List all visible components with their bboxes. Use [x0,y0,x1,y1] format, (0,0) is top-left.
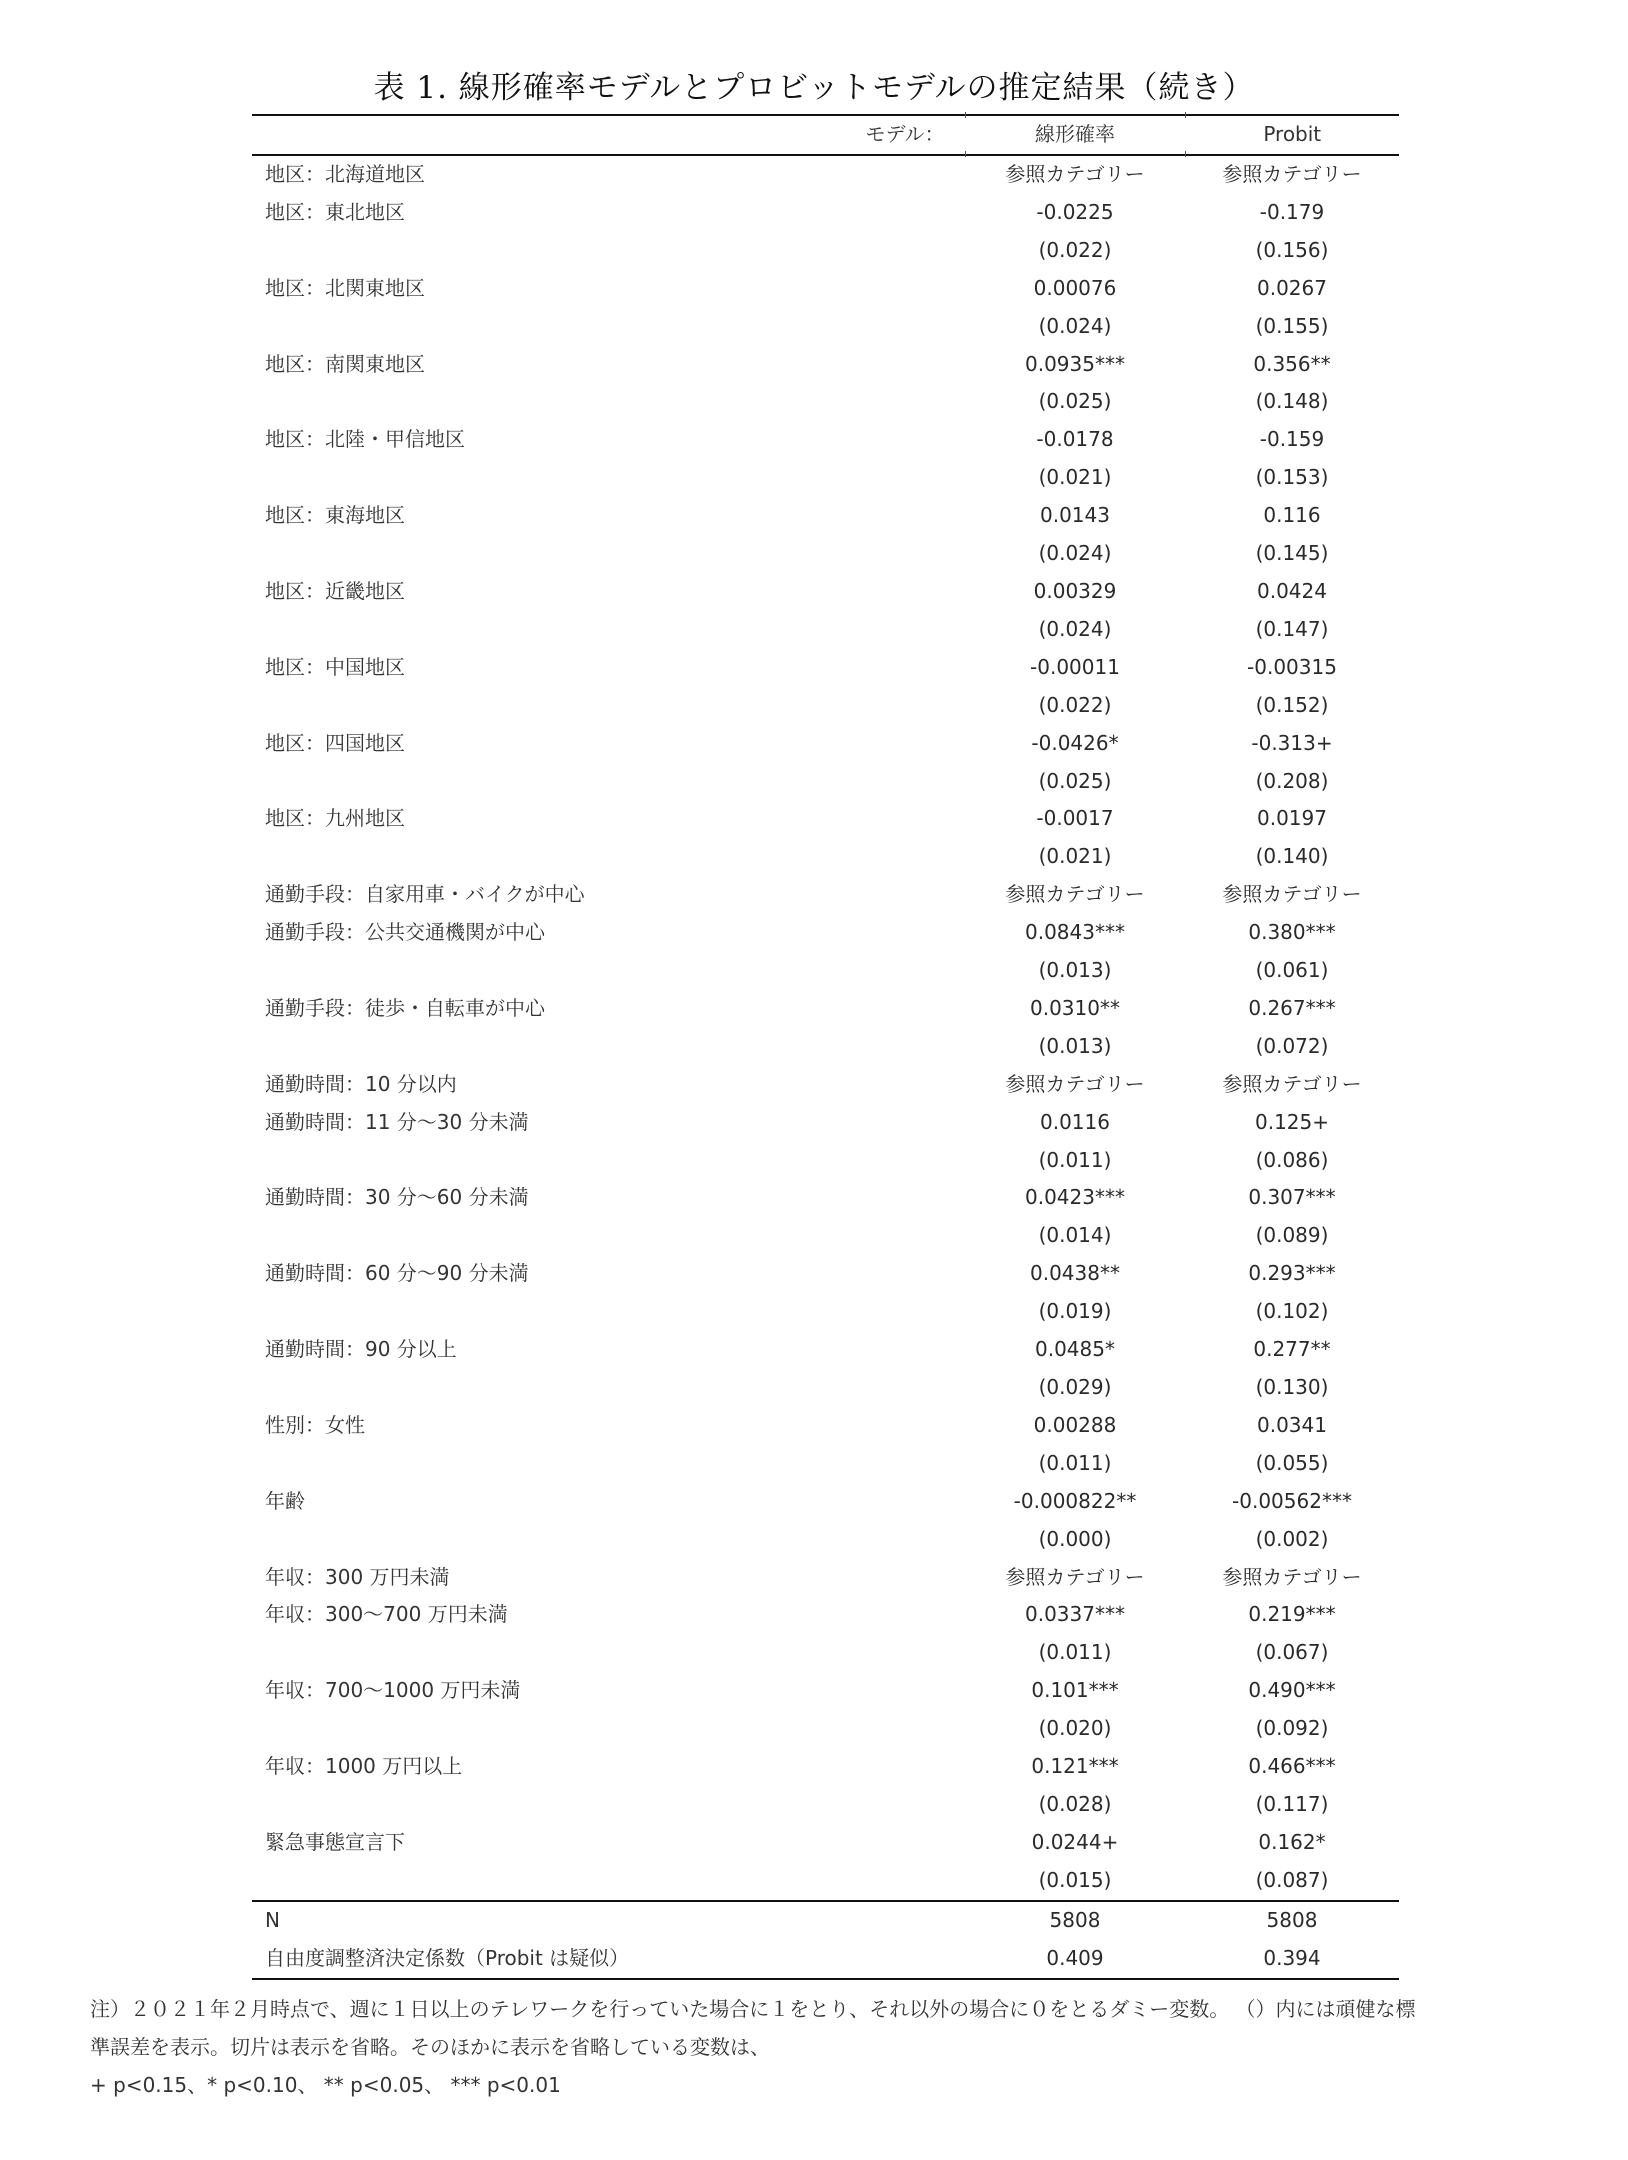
table-header-row: モデル： 線形確率 Probit [252,115,1399,155]
row-label [252,383,965,421]
standard-error-row: (0.013)(0.061) [252,952,1399,990]
standard-error-row: (0.013)(0.072) [252,1028,1399,1066]
row-label: 通勤時間：30 分～60 分未満 [252,1179,965,1217]
probit-value: (0.145) [1185,535,1399,573]
standard-error-row: (0.021)(0.140) [252,838,1399,876]
standard-error-row: (0.014)(0.089) [252,1217,1399,1255]
linear-probability-value: (0.014) [965,1217,1185,1255]
standard-error-row: (0.029)(0.130) [252,1369,1399,1407]
linear-probability-value: (0.025) [965,383,1185,421]
probit-value: 0.267*** [1185,990,1399,1028]
probit-value: (0.147) [1185,611,1399,649]
linear-probability-value: 0.00076 [965,270,1185,308]
row-label: 通勤時間：11 分～30 分未満 [252,1104,965,1142]
statistic-row: 自由度調整済決定係数（Probit は疑似）0.4090.394 [252,1940,1399,1979]
linear-probability-value: (0.024) [965,308,1185,346]
row-label [252,1217,965,1255]
coefficient-row: 通勤時間：30 分～60 分未満0.0423***0.307*** [252,1179,1399,1217]
probit-statistic: 0.394 [1185,1940,1399,1979]
row-label [252,687,965,725]
note-line: 準誤差を表示。切片は表示を省略。そのほかに表示を省略している変数は、 [90,2028,1570,2066]
probit-value: (0.072) [1185,1028,1399,1066]
coefficient-rows: 地区：北海道地区参照カテゴリー参照カテゴリー地区：東北地区-0.0225-0.1… [252,155,1399,1901]
linear-probability-value: (0.011) [965,1142,1185,1180]
row-label [252,1786,965,1824]
probit-value: 参照カテゴリー [1185,155,1399,194]
probit-value: (0.140) [1185,838,1399,876]
row-label: 年収：700～1000 万円未満 [252,1672,965,1710]
row-label [252,838,965,876]
row-label [252,459,965,497]
row-label: 地区：北海道地区 [252,155,965,194]
row-label [252,308,965,346]
linear-probability-value: (0.024) [965,611,1185,649]
coefficient-row: 地区：東海地区0.01430.116 [252,497,1399,535]
standard-error-row: (0.021)(0.153) [252,459,1399,497]
coefficient-row: 地区：東北地区-0.0225-0.179 [252,194,1399,232]
probit-value: (0.002) [1185,1521,1399,1559]
linear-probability-value: -0.0225 [965,194,1185,232]
row-label: 地区：南関東地区 [252,346,965,384]
probit-value: -0.159 [1185,421,1399,459]
linear-probability-value: 0.101*** [965,1672,1185,1710]
row-label [252,763,965,801]
standard-error-row: (0.028)(0.117) [252,1786,1399,1824]
row-label [252,232,965,270]
row-label: 年収：1000 万円以上 [252,1748,965,1786]
row-label [252,1445,965,1483]
linear-probability-value: (0.021) [965,459,1185,497]
coefficient-row: 年収：1000 万円以上0.121***0.466*** [252,1748,1399,1786]
probit-value: 0.162* [1185,1824,1399,1862]
probit-value: (0.102) [1185,1293,1399,1331]
row-label: 地区：東海地区 [252,497,965,535]
significance-legend: + p<0.15、* p<0.10、 ** p<0.05、 *** p<0.01 [90,2066,1570,2104]
model-statistics-rows: N58085808自由度調整済決定係数（Probit は疑似）0.4090.39… [252,1901,1399,1979]
standard-error-row: (0.022)(0.152) [252,687,1399,725]
probit-value: 0.490*** [1185,1672,1399,1710]
linear-probability-value: -0.000822** [965,1483,1185,1521]
coefficient-row: 地区：北陸・甲信地区-0.0178-0.159 [252,421,1399,459]
column-header-probit: Probit [1185,115,1399,155]
probit-value: -0.179 [1185,194,1399,232]
standard-error-row: (0.024)(0.155) [252,308,1399,346]
row-label: 年収：300 万円未満 [252,1559,965,1597]
column-separator-tick [1185,112,1186,118]
linear-probability-value: (0.022) [965,687,1185,725]
table-title: 表 1. 線形確率モデルとプロビットモデルの推定結果（続き） [0,62,1628,107]
coefficient-row: 地区：南関東地区0.0935***0.356** [252,346,1399,384]
row-label: 地区：中国地区 [252,649,965,687]
linear-probability-value: 0.0116 [965,1104,1185,1142]
coefficient-row: 地区：中国地区-0.00011-0.00315 [252,649,1399,687]
linear-probability-value: (0.000) [965,1521,1185,1559]
linear-probability-value: -0.00011 [965,649,1185,687]
row-label [252,1293,965,1331]
coefficient-row: 通勤手段：公共交通機関が中心0.0843***0.380*** [252,914,1399,952]
probit-value: 0.466*** [1185,1748,1399,1786]
coefficient-row: 通勤手段：徒歩・自転車が中心0.0310**0.267*** [252,990,1399,1028]
probit-value: 0.293*** [1185,1255,1399,1293]
probit-value: (0.089) [1185,1217,1399,1255]
probit-value: 0.356** [1185,346,1399,384]
probit-value: 0.0197 [1185,800,1399,838]
coefficient-row: 地区：九州地区-0.00170.0197 [252,800,1399,838]
probit-value: (0.208) [1185,763,1399,801]
linear-probability-value: 参照カテゴリー [965,1066,1185,1104]
row-label: 地区：九州地区 [252,800,965,838]
linear-probability-value: 0.0337*** [965,1596,1185,1634]
linear-probability-value: 0.0143 [965,497,1185,535]
column-header-linear-probability: 線形確率 [965,115,1185,155]
row-label [252,1634,965,1672]
probit-value: (0.130) [1185,1369,1399,1407]
probit-value: (0.061) [1185,952,1399,990]
standard-error-row: (0.011)(0.086) [252,1142,1399,1180]
coefficient-row: 性別：女性0.002880.0341 [252,1407,1399,1445]
row-label: 地区：近畿地区 [252,573,965,611]
row-label: 地区：北陸・甲信地区 [252,421,965,459]
probit-value: (0.156) [1185,232,1399,270]
row-label [252,952,965,990]
coefficient-row: 地区：近畿地区0.003290.0424 [252,573,1399,611]
probit-value: (0.152) [1185,687,1399,725]
row-label: 通勤時間：60 分～90 分未満 [252,1255,965,1293]
coefficient-row: 年収：700～1000 万円未満0.101***0.490*** [252,1672,1399,1710]
note-line: 注）２０２１年２月時点で、週に１日以上のテレワークを行っていた場合に１をとり、そ… [90,1990,1570,2028]
standard-error-row: (0.011)(0.067) [252,1634,1399,1672]
standard-error-row: (0.011)(0.055) [252,1445,1399,1483]
statistic-label: 自由度調整済決定係数（Probit は疑似） [252,1940,965,1979]
probit-value: (0.055) [1185,1445,1399,1483]
standard-error-row: (0.000)(0.002) [252,1521,1399,1559]
linear-probability-value: (0.013) [965,952,1185,990]
linear-probability-value: 参照カテゴリー [965,876,1185,914]
linear-probability-value: (0.022) [965,232,1185,270]
linear-probability-value: 0.0843*** [965,914,1185,952]
row-label [252,611,965,649]
standard-error-row: (0.019)(0.102) [252,1293,1399,1331]
linear-probability-value: -0.0178 [965,421,1185,459]
statistic-row: N58085808 [252,1901,1399,1940]
linear-probability-statistic: 5808 [965,1901,1185,1940]
linear-probability-statistic: 0.409 [965,1940,1185,1979]
probit-value: 0.219*** [1185,1596,1399,1634]
row-label: 年収：300～700 万円未満 [252,1596,965,1634]
row-label: 通勤時間：90 分以上 [252,1331,965,1369]
linear-probability-value: 0.0310** [965,990,1185,1028]
coefficient-row: 通勤時間：60 分～90 分未満0.0438**0.293*** [252,1255,1399,1293]
column-separator-tick [965,151,966,157]
row-label: 通勤手段：自家用車・バイクが中心 [252,876,965,914]
coefficient-row: 緊急事態宣言下0.0244+0.162* [252,1824,1399,1862]
standard-error-row: (0.024)(0.147) [252,611,1399,649]
standard-error-row: (0.025)(0.148) [252,383,1399,421]
coefficient-row: 通勤時間：90 分以上0.0485*0.277** [252,1331,1399,1369]
statistic-label: N [252,1901,965,1940]
probit-value: 0.0341 [1185,1407,1399,1445]
standard-error-row: (0.015)(0.087) [252,1862,1399,1901]
row-label: 地区：四国地区 [252,725,965,763]
table-notes: 注）２０２１年２月時点で、週に１日以上のテレワークを行っていた場合に１をとり、そ… [90,1990,1570,2104]
row-label [252,1369,965,1407]
linear-probability-value: 0.0935*** [965,346,1185,384]
linear-probability-value: (0.028) [965,1786,1185,1824]
row-label [252,1710,965,1748]
probit-value: 0.116 [1185,497,1399,535]
model-label: モデル： [252,115,965,155]
row-label: 年齢 [252,1483,965,1521]
row-label [252,1142,965,1180]
linear-probability-value: 0.0244+ [965,1824,1185,1862]
linear-probability-value: (0.020) [965,1710,1185,1748]
standard-error-row: (0.022)(0.156) [252,232,1399,270]
row-label: 緊急事態宣言下 [252,1824,965,1862]
row-label [252,1521,965,1559]
row-label: 地区：北関東地区 [252,270,965,308]
probit-value: 0.307*** [1185,1179,1399,1217]
probit-value: 参照カテゴリー [1185,1066,1399,1104]
coefficient-row: 地区：北関東地区0.000760.0267 [252,270,1399,308]
linear-probability-value: (0.025) [965,763,1185,801]
linear-probability-value: (0.029) [965,1369,1185,1407]
coefficient-row: 年収：300 万円未満参照カテゴリー参照カテゴリー [252,1559,1399,1597]
linear-probability-value: 0.00329 [965,573,1185,611]
probit-value: (0.155) [1185,308,1399,346]
probit-value: 0.380*** [1185,914,1399,952]
probit-value: (0.067) [1185,1634,1399,1672]
probit-value: (0.117) [1185,1786,1399,1824]
probit-value: -0.313+ [1185,725,1399,763]
probit-value: 0.0267 [1185,270,1399,308]
linear-probability-value: -0.0017 [965,800,1185,838]
standard-error-row: (0.024)(0.145) [252,535,1399,573]
probit-value: 0.125+ [1185,1104,1399,1142]
probit-value: -0.00315 [1185,649,1399,687]
linear-probability-value: (0.019) [965,1293,1185,1331]
linear-probability-value: (0.024) [965,535,1185,573]
linear-probability-value: (0.021) [965,838,1185,876]
probit-value: -0.00562*** [1185,1483,1399,1521]
row-label: 地区：東北地区 [252,194,965,232]
probit-value: (0.086) [1185,1142,1399,1180]
row-label: 性別：女性 [252,1407,965,1445]
probit-value: 0.0424 [1185,573,1399,611]
coefficient-row: 通勤手段：自家用車・バイクが中心参照カテゴリー参照カテゴリー [252,876,1399,914]
regression-table-container: モデル： 線形確率 Probit 地区：北海道地区参照カテゴリー参照カテゴリー地… [252,114,1399,1980]
probit-value: (0.153) [1185,459,1399,497]
linear-probability-value: (0.015) [965,1862,1185,1901]
linear-probability-value: -0.0426* [965,725,1185,763]
linear-probability-value: 0.00288 [965,1407,1185,1445]
probit-value: (0.148) [1185,383,1399,421]
probit-value: 参照カテゴリー [1185,876,1399,914]
probit-statistic: 5808 [1185,1901,1399,1940]
probit-value: (0.087) [1185,1862,1399,1901]
row-label [252,1862,965,1901]
standard-error-row: (0.020)(0.092) [252,1710,1399,1748]
regression-table: モデル： 線形確率 Probit 地区：北海道地区参照カテゴリー参照カテゴリー地… [252,114,1399,1980]
linear-probability-value: 0.0423*** [965,1179,1185,1217]
linear-probability-value: 参照カテゴリー [965,155,1185,194]
coefficient-row: 通勤時間：10 分以内参照カテゴリー参照カテゴリー [252,1066,1399,1104]
coefficient-row: 地区：四国地区-0.0426*-0.313+ [252,725,1399,763]
probit-value: (0.092) [1185,1710,1399,1748]
standard-error-row: (0.025)(0.208) [252,763,1399,801]
coefficient-row: 地区：北海道地区参照カテゴリー参照カテゴリー [252,155,1399,194]
linear-probability-value: 参照カテゴリー [965,1559,1185,1597]
linear-probability-value: 0.0438** [965,1255,1185,1293]
row-label [252,1028,965,1066]
row-label: 通勤手段：公共交通機関が中心 [252,914,965,952]
linear-probability-value: 0.121*** [965,1748,1185,1786]
column-separator-tick [1185,151,1186,157]
linear-probability-value: 0.0485* [965,1331,1185,1369]
row-label: 通勤時間：10 分以内 [252,1066,965,1104]
linear-probability-value: (0.011) [965,1634,1185,1672]
probit-value: 参照カテゴリー [1185,1559,1399,1597]
linear-probability-value: (0.013) [965,1028,1185,1066]
row-label [252,535,965,573]
probit-value: 0.277** [1185,1331,1399,1369]
coefficient-row: 通勤時間：11 分～30 分未満0.01160.125+ [252,1104,1399,1142]
coefficient-row: 年収：300～700 万円未満0.0337***0.219*** [252,1596,1399,1634]
linear-probability-value: (0.011) [965,1445,1185,1483]
column-separator-tick [965,112,966,118]
coefficient-row: 年齢-0.000822**-0.00562*** [252,1483,1399,1521]
row-label: 通勤手段：徒歩・自転車が中心 [252,990,965,1028]
